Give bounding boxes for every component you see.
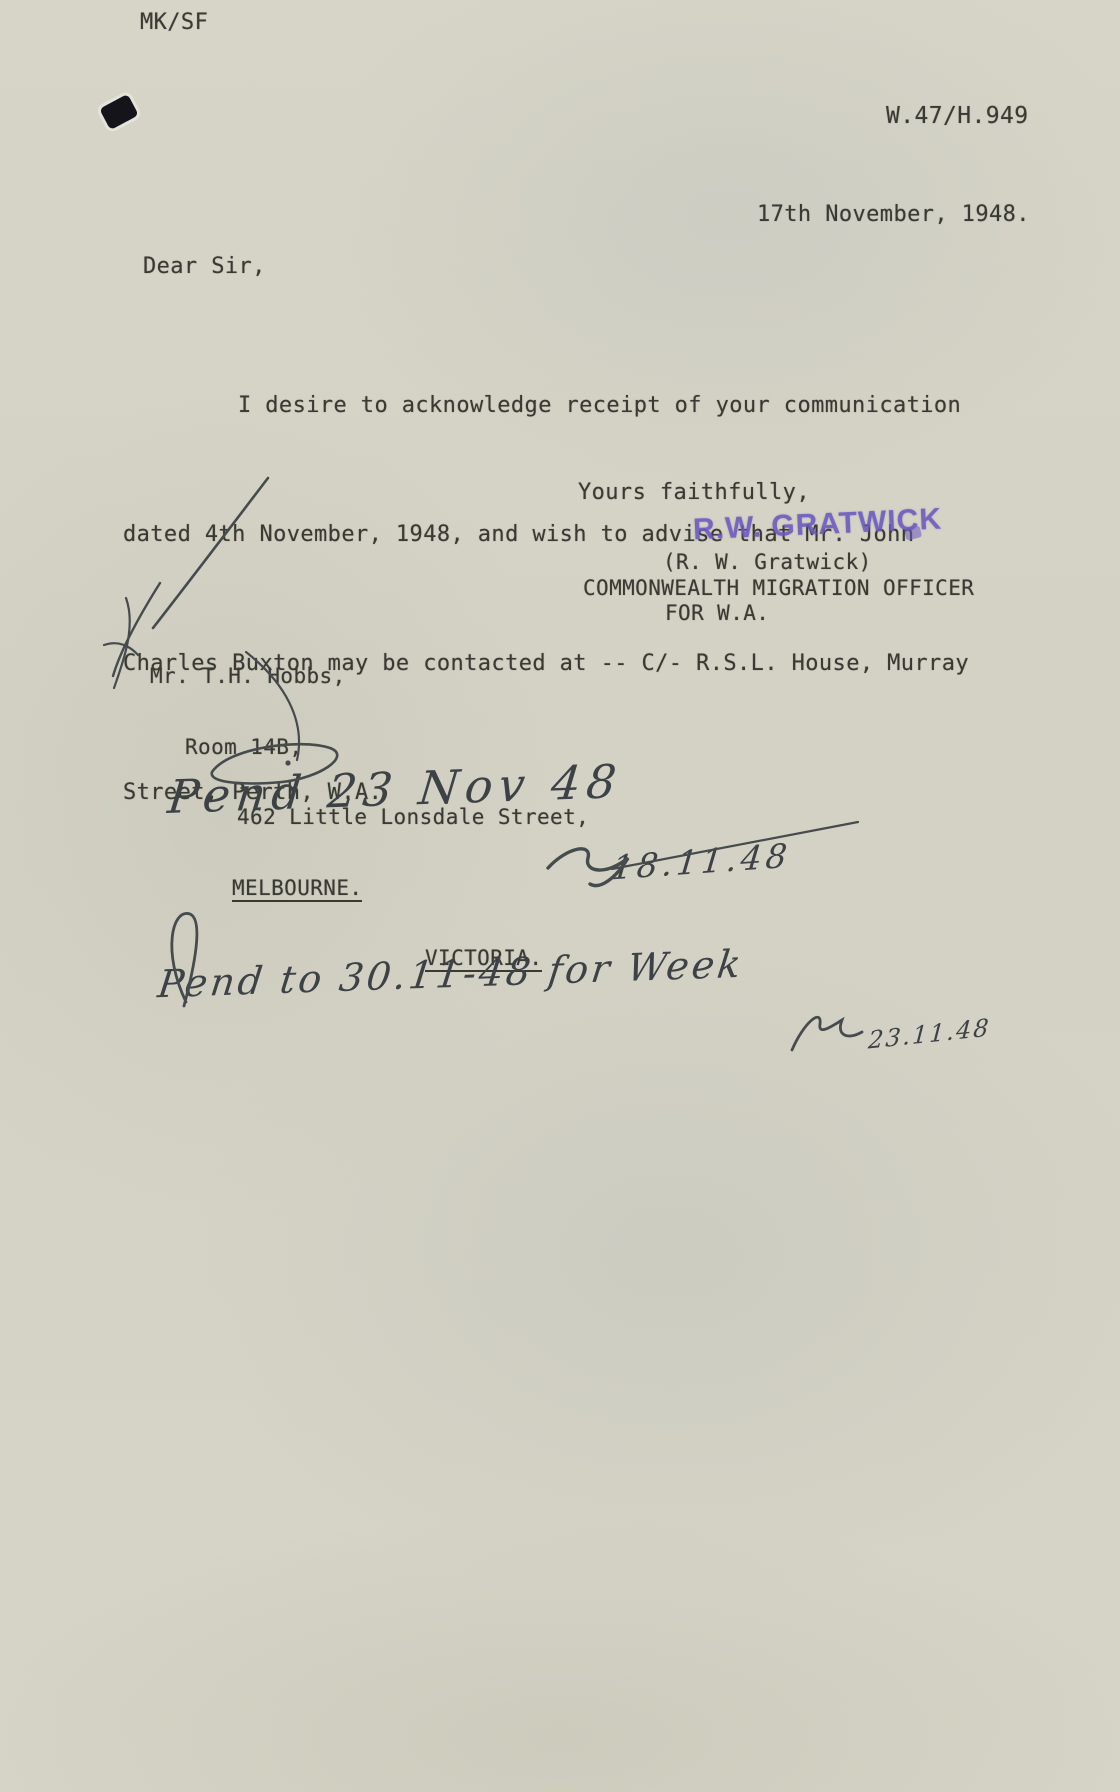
- recipient-room: Room 14B,: [150, 736, 589, 760]
- letter-date: 17th November, 1948.: [757, 202, 1030, 227]
- body-line-1: I desire to acknowledge receipt of your …: [123, 384, 969, 427]
- signature-title-1: COMMONWEALTH MIGRATION OFFICER: [583, 576, 974, 600]
- pen-initials-scribble-2: [792, 1017, 862, 1050]
- recipient-name: Mr. T.H. Hobbs,: [150, 665, 589, 689]
- typist-initials: MK/SF: [140, 10, 208, 35]
- scanned-letter-page: MK/SF W.47/H.949 17th November, 1948. De…: [0, 0, 1120, 1792]
- file-reference: W.47/H.949: [886, 103, 1028, 129]
- closing: Yours faithfully,: [578, 480, 810, 505]
- salutation: Dear Sir,: [143, 254, 266, 279]
- punch-hole-mark: [99, 94, 139, 130]
- signature-title-2: FOR W.A.: [665, 601, 769, 625]
- handwritten-date-note-2: 23.11.48: [867, 1013, 991, 1054]
- recipient-city: MELBOURNE.: [150, 877, 589, 901]
- signature-name: (R. W. Gratwick): [663, 550, 872, 574]
